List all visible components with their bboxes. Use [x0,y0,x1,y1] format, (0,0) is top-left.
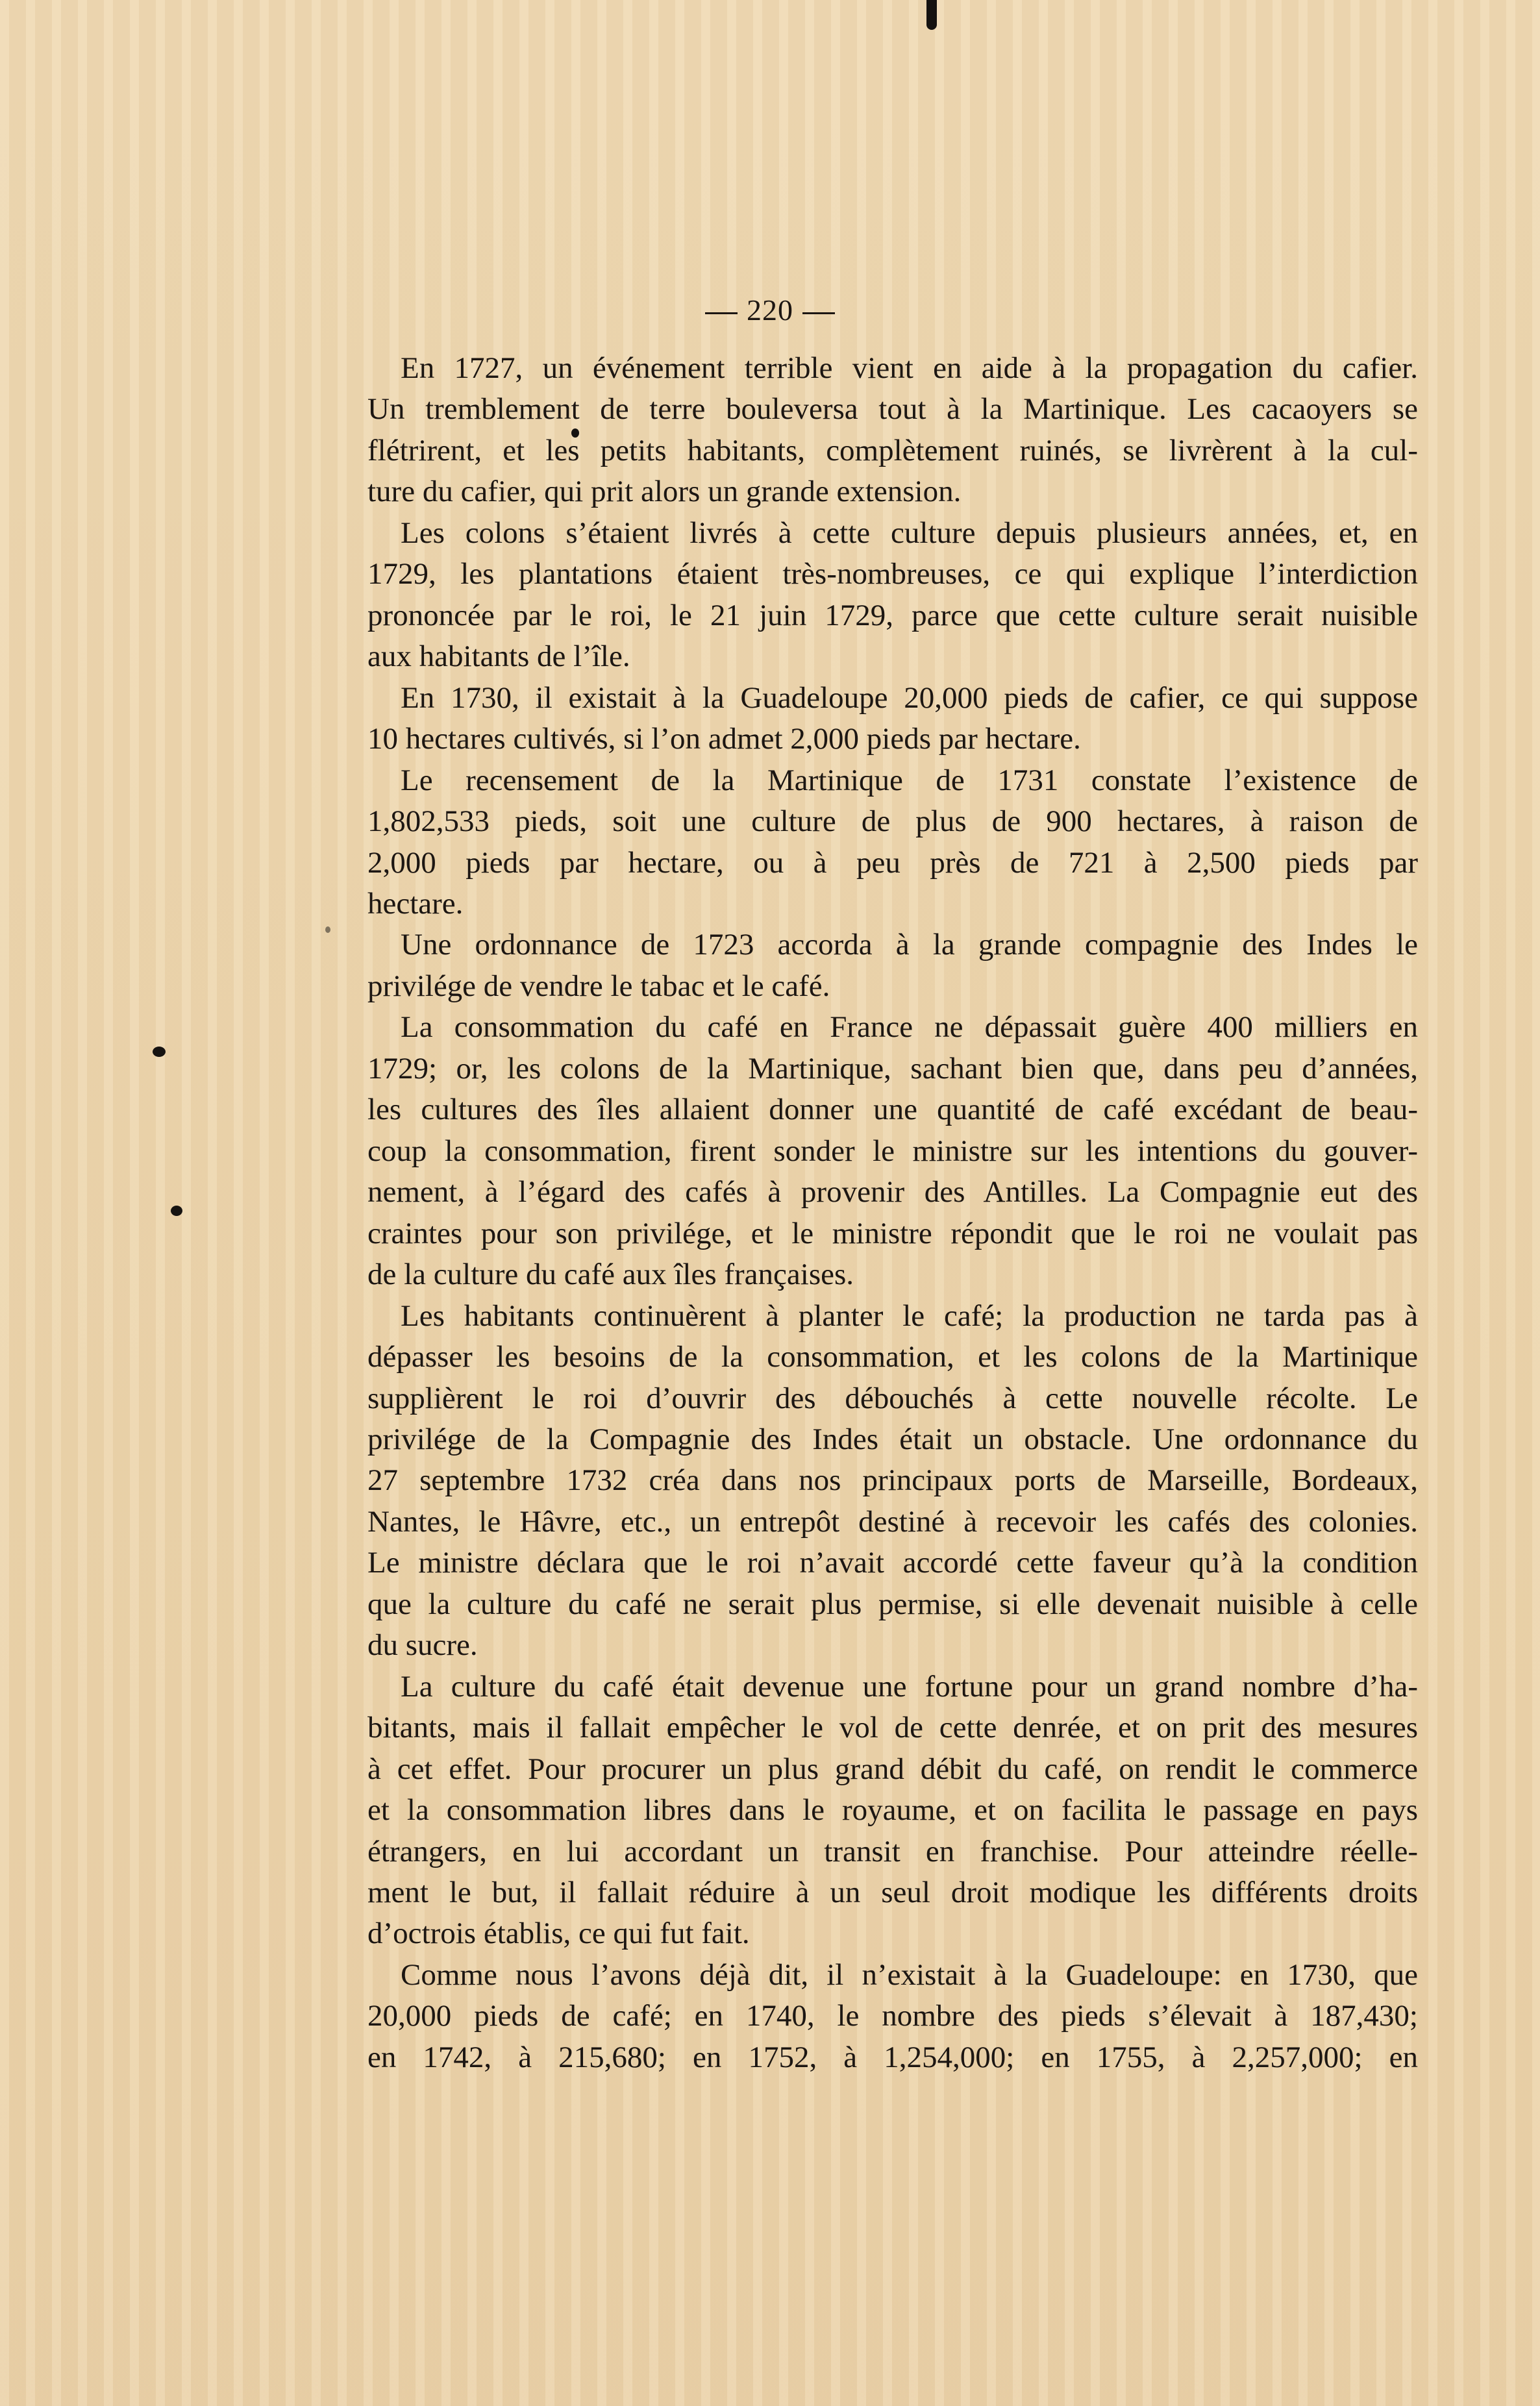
ink-mark [926,0,937,30]
text-line: Le ministre déclara que le roi n’avait a… [367,1544,1418,1581]
text-line: et la consommation libres dans le royaum… [367,1792,1418,1828]
text-line: dépasser les besoins de la consommation,… [367,1339,1418,1375]
text-line: 20,000 pieds de café; en 1740, le nombre… [367,1998,1418,2034]
text-line: aux habitants de l’île. [367,638,1418,675]
page-number: 220 [0,291,1540,330]
text-line: en 1742, à 215,680; en 1752, à 1,254,000… [367,2039,1418,2076]
text-line: ture du cafier, qui prit alors un grande… [367,473,1418,510]
text-line: à cet effet. Pour procurer un plus grand… [367,1751,1418,1787]
text-line: étrangers, en lui accordant un transit e… [367,1833,1418,1870]
text-line: Le recensement de la Martinique de 1731 … [401,762,1418,799]
text-line: 1729, les plantations étaient très-nombr… [367,556,1418,592]
text-line: Nantes, le Hâvre, etc., un entrepôt dest… [367,1504,1418,1540]
text-line: La culture du café était devenue une for… [401,1668,1418,1705]
text-line: Une ordonnance de 1723 accorda à la gran… [401,926,1418,963]
ink-speck [571,428,579,438]
text-line: Les habitants continuèrent à planter le … [401,1298,1418,1334]
text-line: que la culture du café ne serait plus pe… [367,1586,1418,1622]
text-line: Comme nous l’avons déjà dit, il n’exista… [401,1957,1418,1993]
text-line: hectare. [367,886,1418,922]
text-line: 27 septembre 1732 créa dans nos principa… [367,1462,1418,1498]
text-line: flétrirent, et les petits habitants, com… [367,432,1418,469]
text-line: coup la consommation, firent sonder le m… [367,1133,1418,1169]
ink-speck [171,1206,182,1216]
dash-left [705,312,738,314]
text-line: d’octrois établis, ce qui fut fait. [367,1915,1418,1952]
text-line: privilége de vendre le tabac et le café. [367,968,1418,1004]
text-line: de la culture du café aux îles française… [367,1256,1418,1293]
text-line: supplièrent le roi d’ouvrir des débouché… [367,1380,1418,1417]
text-line: privilége de la Compagnie des Indes étai… [367,1421,1418,1457]
text-line: bitants, mais il fallait empêcher le vol… [367,1709,1418,1746]
text-line: Un tremblement de terre bouleversa tout … [367,391,1418,427]
page-number-text: 220 [747,293,793,327]
text-line: 1,802,533 pieds, soit une culture de plu… [367,803,1418,839]
ink-speck [325,926,330,933]
text-line: les cultures des îles allaient donner un… [367,1091,1418,1128]
text-line: craintes pour son privilége, et le minis… [367,1215,1418,1252]
text-line: prononcée par le roi, le 21 juin 1729, p… [367,597,1418,634]
dash-right [802,312,835,314]
text-line: En 1727, un événement terrible vient en … [401,350,1418,386]
text-line: La consommation du café en France ne dép… [401,1009,1418,1045]
text-line: Les colons s’étaient livrés à cette cult… [401,515,1418,551]
text-line: nement, à l’égard des cafés à provenir d… [367,1174,1418,1210]
text-line: 10 hectares cultivés, si l’on admet 2,00… [367,721,1418,757]
text-line: En 1730, il existait à la Guadeloupe 20,… [401,680,1418,716]
text-line: ment le but, il fallait réduire à un seu… [367,1874,1418,1911]
text-line: 2,000 pieds par hectare, ou à peu près d… [367,845,1418,881]
ink-speck [153,1047,166,1057]
text-line: du sucre. [367,1627,1418,1663]
text-line: 1729; or, les colons de la Martinique, s… [367,1050,1418,1087]
